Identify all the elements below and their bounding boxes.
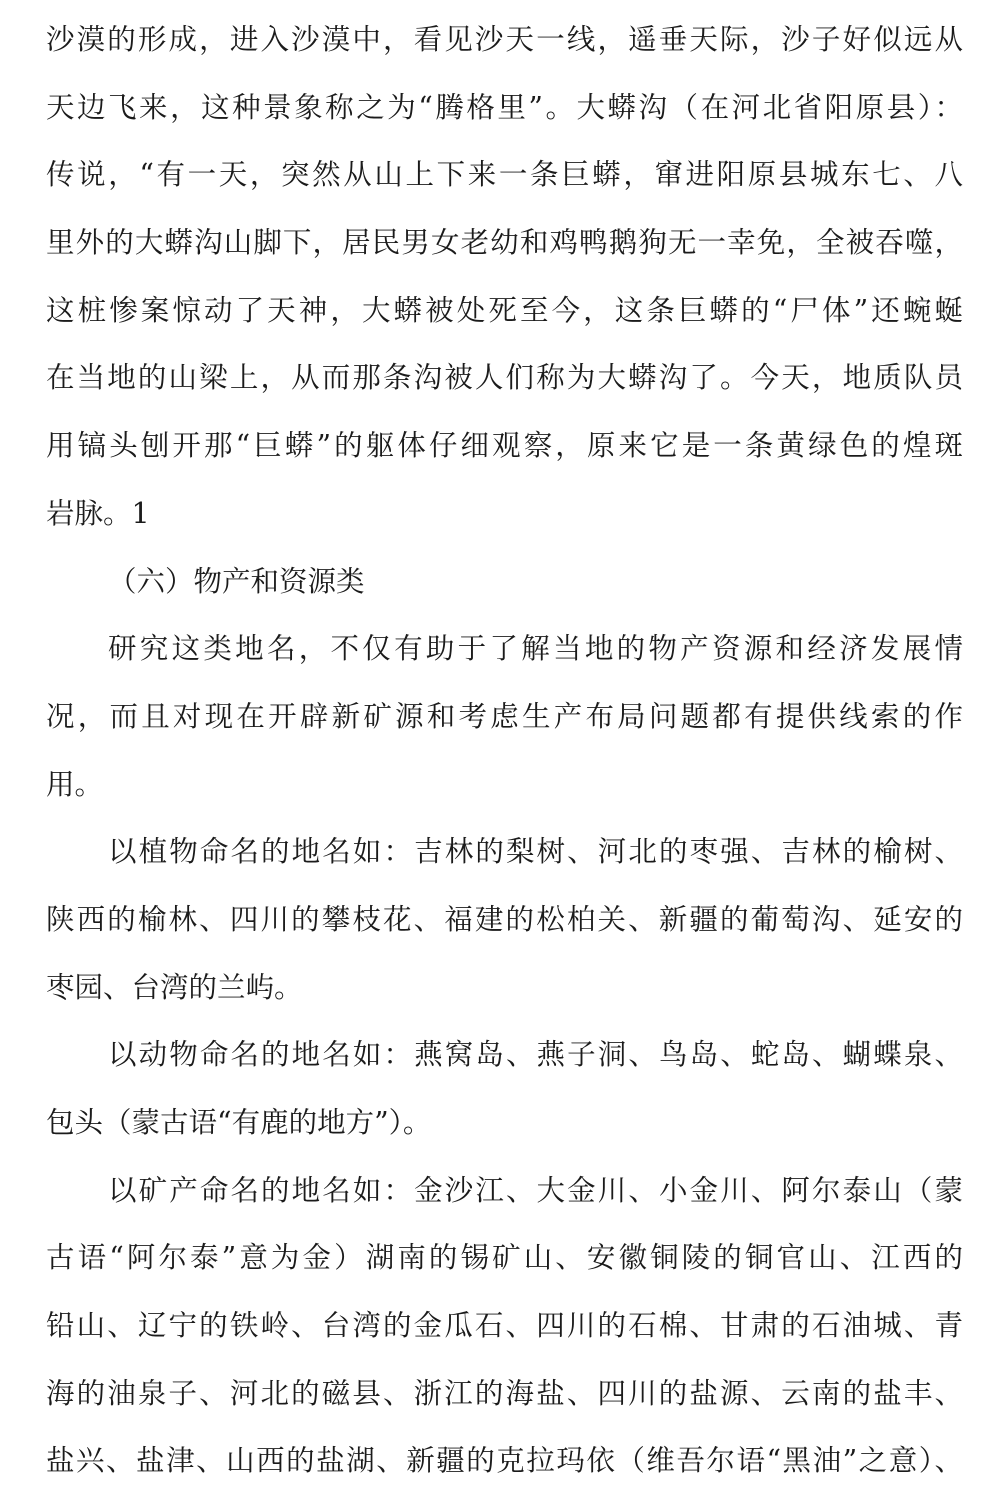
animal-named-places-paragraph: 以动物命名的地名如：燕窝岛、燕子洞、鸟岛、蛇岛、蝴蝶泉、包头（蒙古语“有鹿的地方… — [46, 1021, 963, 1156]
text-line: 岩脉。1 — [46, 480, 963, 548]
text-line: 古语“阿尔泰”意为金）湖南的锡矿山、安徽铜陵的铜官山、江西的 — [46, 1224, 963, 1292]
text-line: 天边飞来，这种景象称之为“腾格里”。大蟒沟（在河北省阳原县）： — [46, 74, 963, 142]
text-line: 以植物命名的地名如：吉林的梨树、河北的枣强、吉林的榆树、 — [46, 818, 963, 886]
text-line: 包头（蒙古语“有鹿的地方”）。 — [46, 1089, 963, 1157]
text-line: 沙漠的形成，进入沙漠中，看见沙天一线，遥垂天际，沙子好似远从 — [46, 6, 963, 74]
plant-named-places-paragraph: 以植物命名的地名如：吉林的梨树、河北的枣强、吉林的榆树、陕西的榆林、四川的攀枝花… — [46, 818, 963, 1021]
text-line: 这桩惨案惊动了天神，大蟒被处死至今，这条巨蟒的“尸体”还蜿蜒 — [46, 277, 963, 345]
desert-and-damanggou-paragraph: 沙漠的形成，进入沙漠中，看见沙天一线，遥垂天际，沙子好似远从天边飞来，这种景象称… — [46, 6, 963, 548]
text-line: 海的油泉子、河北的磁县、浙江的海盐、四川的盐源、云南的盐丰、 — [46, 1360, 963, 1428]
text-line: 以矿产命名的地名如：金沙江、大金川、小金川、阿尔泰山（蒙 — [46, 1157, 963, 1225]
text-line: 在当地的山梁上，从而那条沟被人们称为大蟒沟了。今天，地质队员 — [46, 344, 963, 412]
text-line: 铅山、辽宁的铁岭、台湾的金瓜石、四川的石棉、甘肃的石油城、青 — [46, 1292, 963, 1360]
text-line: （六）物产和资源类 — [46, 548, 963, 616]
text-line: 以动物命名的地名如：燕窝岛、燕子洞、鸟岛、蛇岛、蝴蝶泉、 — [46, 1021, 963, 1089]
section-heading-six-products-and-resources: （六）物产和资源类 — [46, 548, 963, 616]
research-value-paragraph: 研究这类地名，不仅有助于了解当地的物产资源和经济发展情况，而且对现在开辟新矿源和… — [46, 615, 963, 818]
mineral-named-places-paragraph: 以矿产命名的地名如：金沙江、大金川、小金川、阿尔泰山（蒙古语“阿尔泰”意为金）湖… — [46, 1157, 963, 1495]
text-line: 传说，“有一天，突然从山上下来一条巨蟒，窜进阳原县城东七、八 — [46, 141, 963, 209]
text-line: 陕西的榆林、四川的攀枝花、福建的松柏关、新疆的葡萄沟、延安的 — [46, 886, 963, 954]
text-line: 枣园、台湾的兰屿。 — [46, 954, 963, 1022]
text-line: 里外的大蟒沟山脚下，居民男女老幼和鸡鸭鹅狗无一幸免，全被吞噬， — [46, 209, 963, 277]
text-line: 研究这类地名，不仅有助于了解当地的物产资源和经济发展情 — [46, 615, 963, 683]
text-line: 用。 — [46, 751, 963, 819]
document-page: 沙漠的形成，进入沙漠中，看见沙天一线，遥垂天际，沙子好似远从天边飞来，这种景象称… — [0, 0, 1000, 1500]
text-line: 况，而且对现在开辟新矿源和考虑生产布局问题都有提供线索的作 — [46, 683, 963, 751]
text-line: 用镐头刨开那“巨蟒”的躯体仔细观察，原来它是一条黄绿色的煌斑 — [46, 412, 963, 480]
text-line: 盐兴、盐津、山西的盐湖、新疆的克拉玛依（维吾尔语“黑油”之意）、 — [46, 1427, 963, 1495]
